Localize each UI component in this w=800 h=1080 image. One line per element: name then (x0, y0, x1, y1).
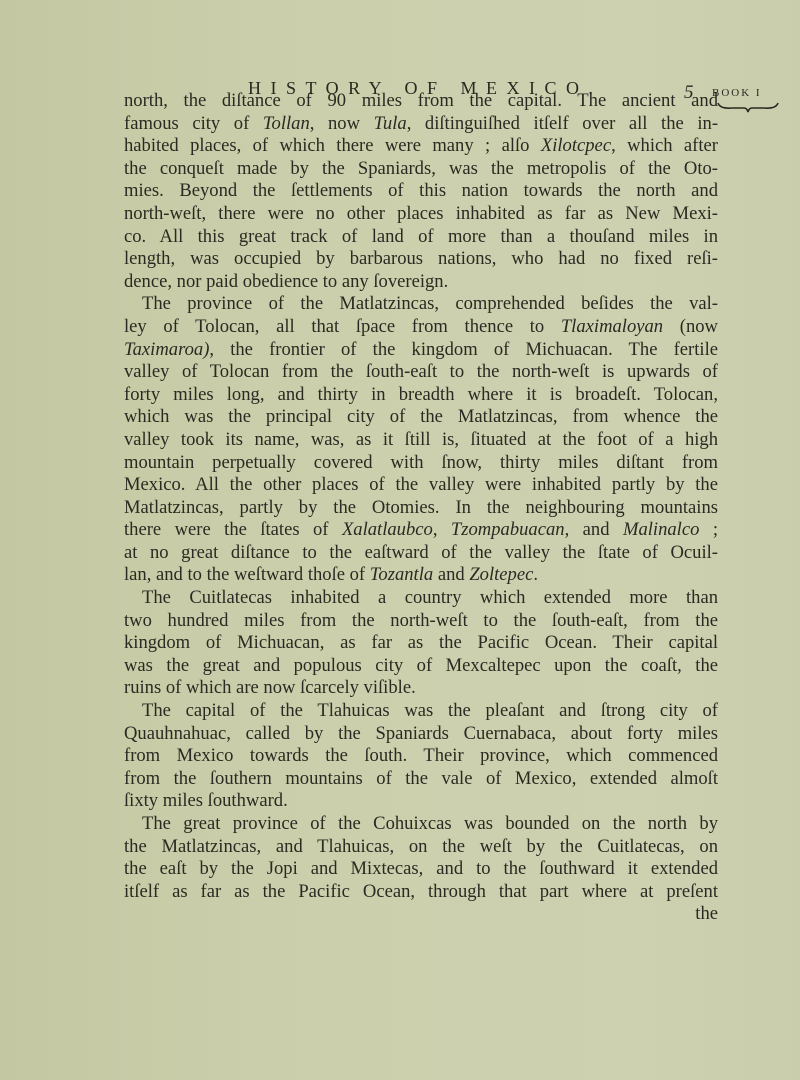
text-run: length, was occupied by barbarous nation… (124, 248, 718, 269)
text-run: at no great diſtance to the eaſtward of … (124, 542, 718, 563)
text-run: kingdom of Michuacan, as far as the Paci… (124, 632, 718, 653)
text-run: from the ſouthern mountains of the vale … (124, 768, 718, 789)
text-run: forty miles long, and thirty in breadth … (124, 384, 718, 405)
text-run: co. All this great track of land of more… (124, 226, 718, 247)
italic-place-name: Tozantla (370, 564, 433, 585)
text-line: which was the principal city of the Matl… (124, 406, 718, 429)
text-run: there were the ſtates of (124, 519, 342, 540)
text-run: ſixty miles ſouthward. (124, 790, 288, 811)
text-line: The province of the Matlatzincas, compre… (124, 293, 718, 316)
margin-note-book: BOOK I (712, 87, 762, 99)
text-line: The capital of the Tlahuicas was the ple… (124, 700, 718, 723)
italic-place-name: Tula (374, 113, 407, 134)
text-run: habited places, of which there were many… (124, 135, 541, 156)
text-line: The great province of the Cohuixcas was … (124, 813, 718, 836)
italic-place-name: Malinalco (623, 519, 699, 540)
text-run: The Cuitlatecas inhabited a country whic… (142, 587, 718, 608)
text-line: north, the diſtance of 90 miles from the… (124, 90, 718, 113)
text-run: The great province of the Cohuixcas was … (142, 813, 718, 834)
italic-place-name: Taximaroa) (124, 339, 209, 360)
text-run: , which after (611, 135, 718, 156)
text-run: Matlatzincas, partly by the Otomies. In … (124, 497, 718, 518)
italic-place-name: Xalatlaubco (342, 519, 433, 540)
text-line: there were the ſtates of Xalatlaubco, Tz… (124, 519, 718, 542)
text-line: forty miles long, and thirty in breadth … (124, 384, 718, 407)
text-line: ley of Tolocan, all that ſpace from then… (124, 316, 718, 339)
text-line: from Mexico towards the ſouth. Their pro… (124, 745, 718, 768)
brace-icon (716, 101, 780, 113)
text-run: itſelf as far as the Pacific Ocean, thro… (124, 881, 718, 902)
text-run: , (433, 519, 451, 540)
text-line: valley took its name, was, as it ſtill i… (124, 429, 718, 452)
book-page: HISTORY OF MEXICO. 5 BOOK I north, the d… (0, 0, 800, 1080)
text-run: which was the principal city of the Matl… (124, 406, 718, 427)
text-run: ley of Tolocan, all that ſpace from then… (124, 316, 561, 337)
text-run: The capital of the Tlahuicas was the ple… (142, 700, 718, 721)
text-run: . (533, 564, 538, 585)
text-line: at no great diſtance to the eaſtward of … (124, 542, 718, 565)
text-run: , the frontier of the kingdom of Michuac… (209, 339, 718, 360)
text-run: (now (663, 316, 718, 337)
text-run: dence, nor paid obedience to any ſoverei… (124, 271, 448, 292)
text-line: The Cuitlatecas inhabited a country whic… (124, 587, 718, 610)
text-line: mies. Beyond the ſettlements of this nat… (124, 180, 718, 203)
body-text: north, the diſtance of 90 miles from the… (124, 90, 718, 926)
text-line: north-weſt, there were no other places i… (124, 203, 718, 226)
text-run: , diſtinguiſhed itſelf over all the in- (407, 113, 718, 134)
text-run: valley took its name, was, as it ſtill i… (124, 429, 718, 450)
text-run: The province of the Matlatzincas, compre… (142, 293, 718, 314)
text-run: famous city of (124, 113, 263, 134)
text-run: mies. Beyond the ſettlements of this nat… (124, 180, 718, 201)
text-line: ruins of which are now ſcarcely viſible. (124, 677, 718, 700)
text-line: valley of Tolocan from the ſouth-eaſt to… (124, 361, 718, 384)
catchword: the (124, 903, 718, 926)
text-line: lan, and to the weſtward thoſe of Tozant… (124, 564, 718, 587)
text-run: from Mexico towards the ſouth. Their pro… (124, 745, 718, 766)
text-run: mountain perpetually covered with ſnow, … (124, 452, 718, 473)
text-run: valley of Tolocan from the ſouth-eaſt to… (124, 361, 718, 382)
text-line: Mexico. All the other places of the vall… (124, 474, 718, 497)
text-line: the conqueſt made by the Spaniards, was … (124, 158, 718, 181)
text-line: Taximaroa), the frontier of the kingdom … (124, 339, 718, 362)
text-run: two hundred miles from the north-weſt to… (124, 610, 718, 631)
text-run: ruins of which are now ſcarcely viſible. (124, 677, 416, 698)
text-line: length, was occupied by barbarous nation… (124, 248, 718, 271)
text-run: the Matlatzincas, and Tlahuicas, on the … (124, 836, 718, 857)
text-line: two hundred miles from the north-weſt to… (124, 610, 718, 633)
text-line: habited places, of which there were many… (124, 135, 718, 158)
text-run: the conqueſt made by the Spaniards, was … (124, 158, 718, 179)
text-run: the eaſt by the Jopi and Mixtecas, and t… (124, 858, 718, 879)
text-line: dence, nor paid obedience to any ſoverei… (124, 271, 718, 294)
text-run: and (433, 564, 469, 585)
text-line: co. All this great track of land of more… (124, 226, 718, 249)
text-line: itſelf as far as the Pacific Ocean, thro… (124, 881, 718, 904)
italic-place-name: Tzompabuacan (451, 519, 565, 540)
text-run: Quauhnahuac, called by the Spaniards Cue… (124, 723, 718, 744)
text-run: , and (565, 519, 623, 540)
italic-place-name: Xilotcpec (541, 135, 611, 156)
text-run: , now (310, 113, 374, 134)
text-run: was the great and populous city of Mexca… (124, 655, 718, 676)
text-line: Matlatzincas, partly by the Otomies. In … (124, 497, 718, 520)
italic-place-name: Zoltepec (469, 564, 533, 585)
italic-place-name: Tlaximaloyan (561, 316, 663, 337)
text-run: lan, and to the weſtward thoſe of (124, 564, 370, 585)
text-run: north-weſt, there were no other places i… (124, 203, 718, 224)
text-line: the eaſt by the Jopi and Mixtecas, and t… (124, 858, 718, 881)
text-line: Quauhnahuac, called by the Spaniards Cue… (124, 723, 718, 746)
italic-place-name: Tollan (263, 113, 310, 134)
text-run: ; (699, 519, 718, 540)
text-line: mountain perpetually covered with ſnow, … (124, 452, 718, 475)
text-line: ſixty miles ſouthward. (124, 790, 718, 813)
text-line: was the great and populous city of Mexca… (124, 655, 718, 678)
text-line: from the ſouthern mountains of the vale … (124, 768, 718, 791)
text-run: Mexico. All the other places of the vall… (124, 474, 718, 495)
text-line: kingdom of Michuacan, as far as the Paci… (124, 632, 718, 655)
text-line: famous city of Tollan, now Tula, diſting… (124, 113, 718, 136)
text-line: the Matlatzincas, and Tlahuicas, on the … (124, 836, 718, 859)
text-run: north, the diſtance of 90 miles from the… (124, 90, 718, 111)
